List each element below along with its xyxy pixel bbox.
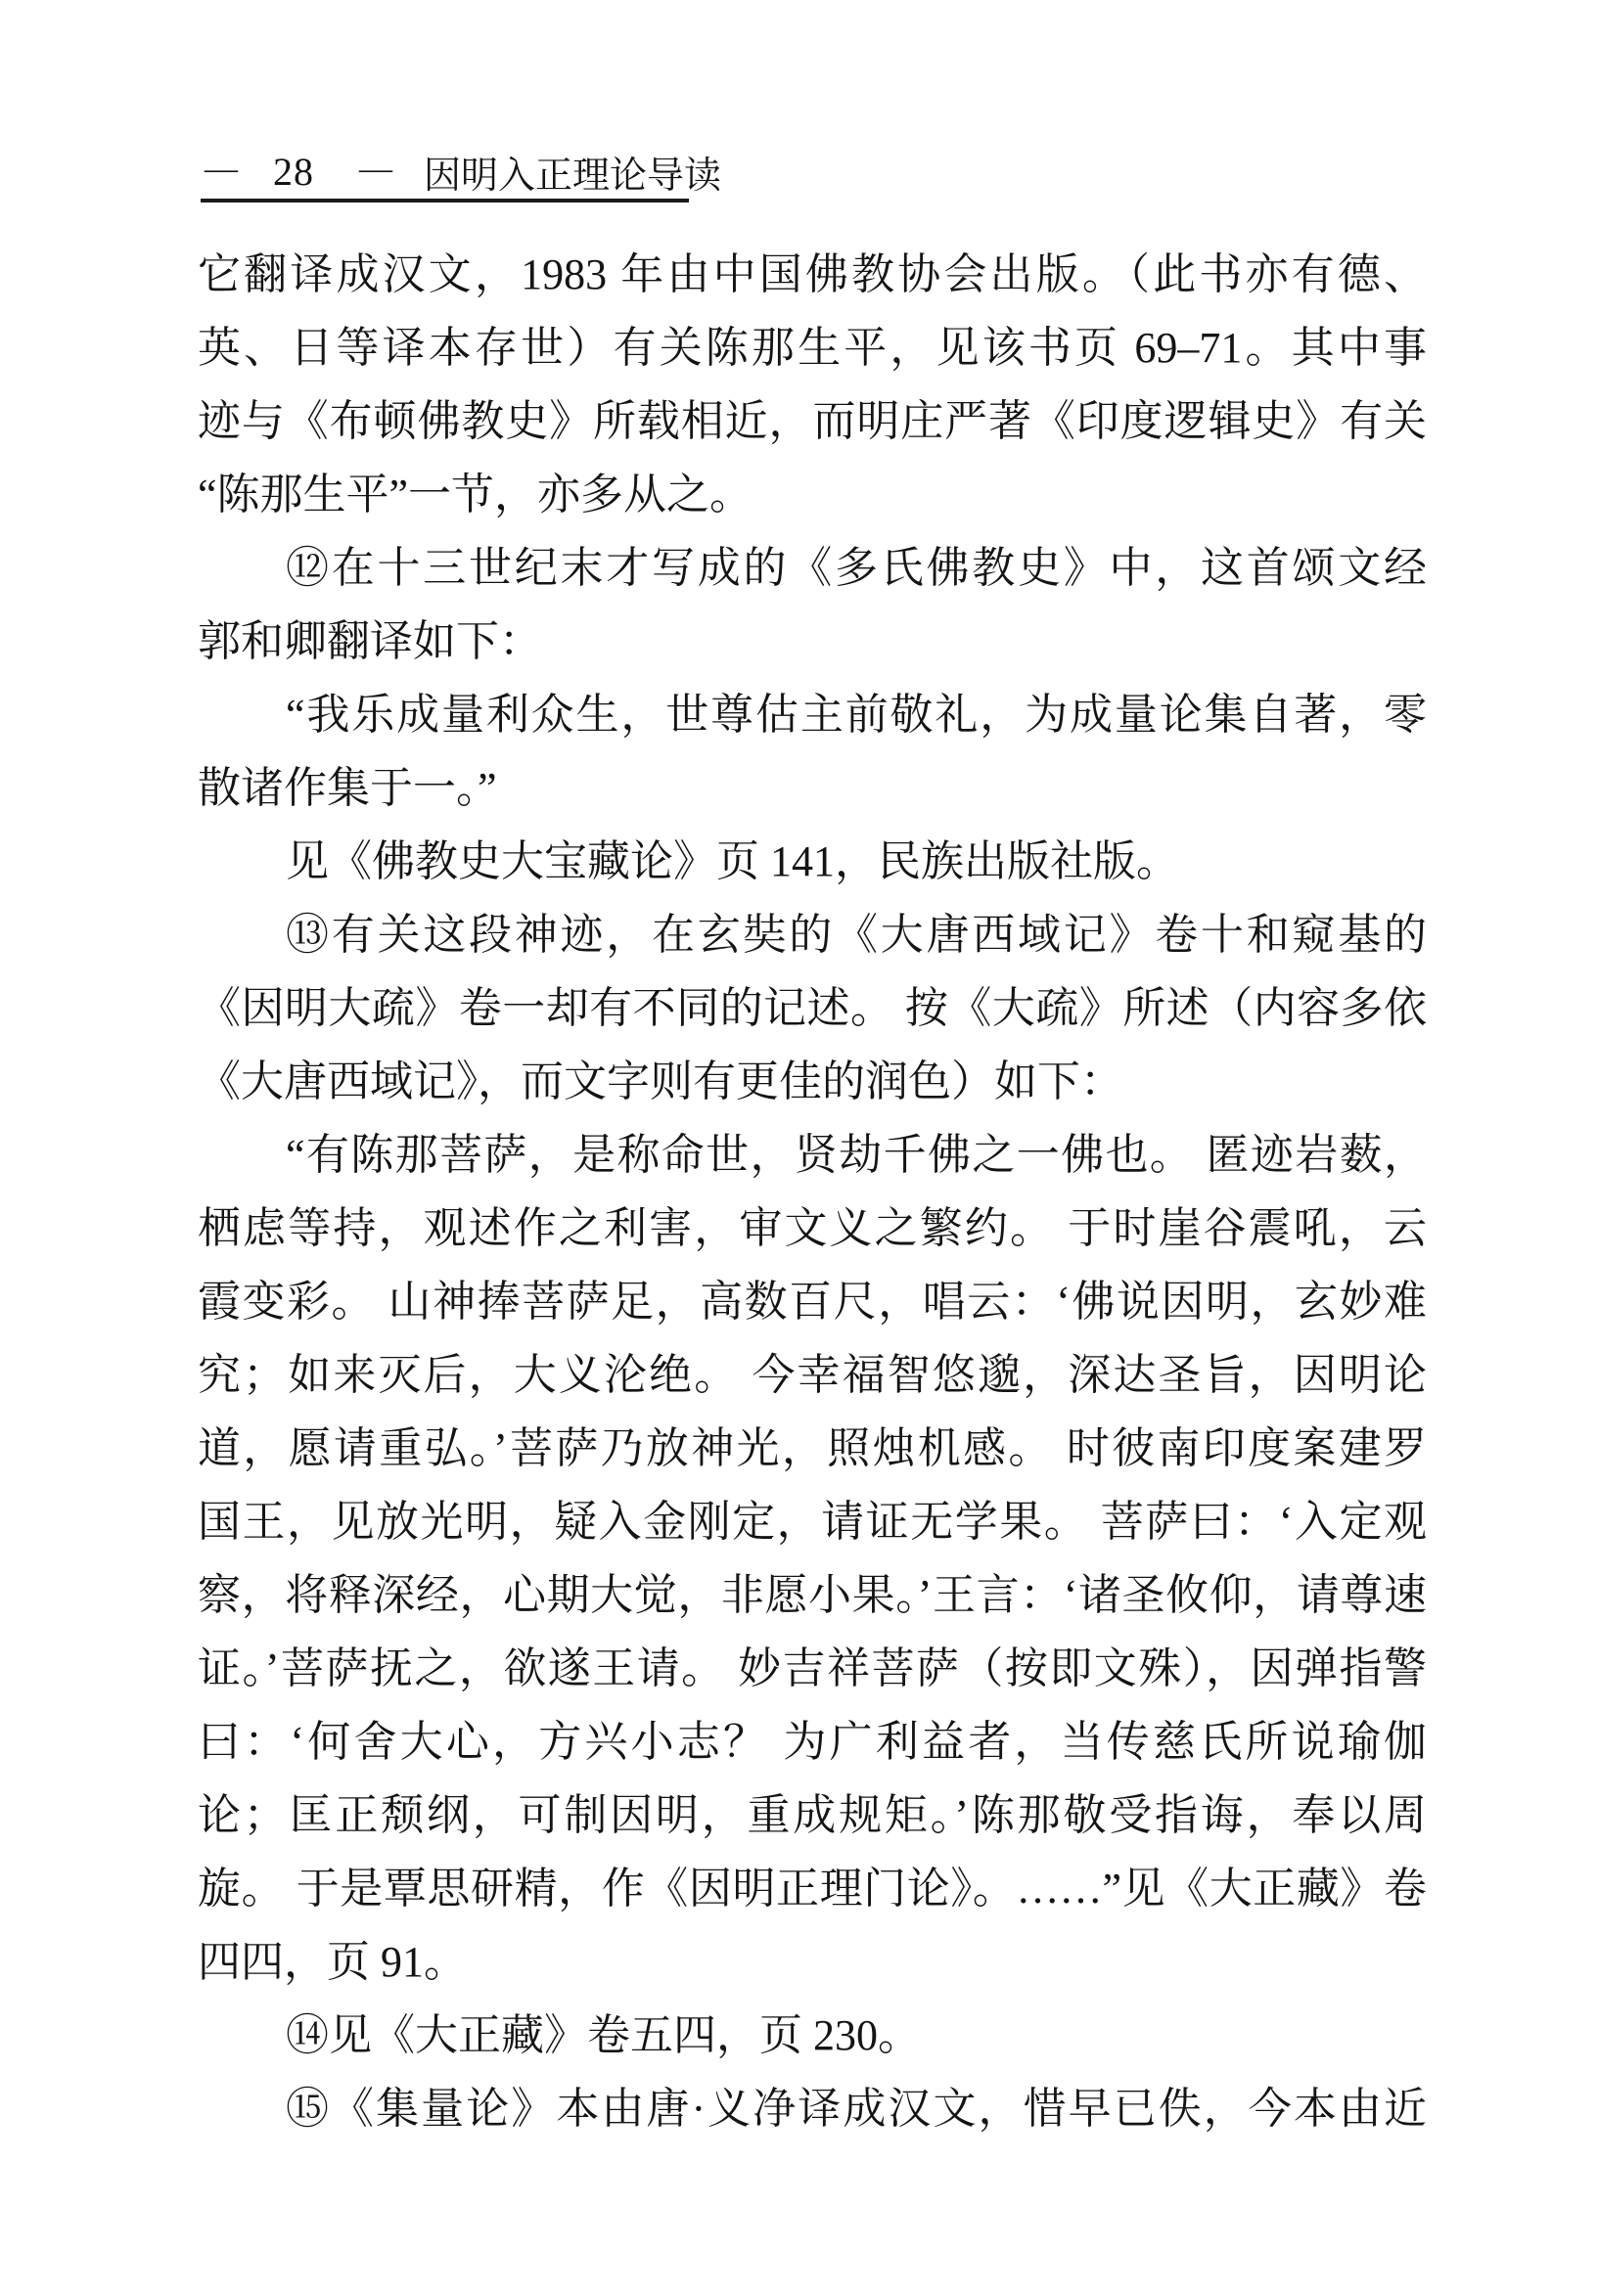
text-line: 国王，见放光明，疑入金刚定，请证无学果。 菩萨曰：‘入定观 xyxy=(198,1485,1427,1558)
text-line: ⑭见《大正藏》卷五四，页 230。 xyxy=(198,1999,1427,2072)
text-line: 论；匡正颓纲，可制因明，重成规矩。’陈那敬受指诲，奉以周 xyxy=(198,1778,1427,1852)
book-page: — 28 — 因明入正理论导读 它翻译成汉文，1983 年由中国佛教协会出版。（… xyxy=(0,0,1597,2296)
text-line: 证。’菩萨抚之，欲遂王请。 妙吉祥菩萨（按即文殊），因弹指警 xyxy=(198,1632,1427,1705)
text-line: 曰：‘何舍大心，方兴小志？ 为广利益者，当传慈氏所说瑜伽 xyxy=(198,1705,1427,1778)
text-line: 迹与《布顿佛教史》所载相近，而明庄严著《印度逻辑史》有关 xyxy=(198,384,1427,458)
text-line: 郭和卿翻译如下： xyxy=(198,605,1427,678)
text-line: 见《佛教史大宝藏论》页 141，民族出版社版。 xyxy=(198,825,1427,898)
header-dash-right: — xyxy=(359,151,392,188)
text-line: ⑮《集量论》本由唐·义净译成汉文，惜早已佚，今本由近 xyxy=(198,2072,1427,2145)
header-page-number: 28 xyxy=(273,149,314,195)
header-book-title: 因明入正理论导读 xyxy=(424,145,721,199)
text-line: 究；如来灭后，大义沦绝。 今幸福智悠邈，深达圣旨，因明论 xyxy=(198,1338,1427,1412)
text-line: ⑬有关这段神迹，在玄奘的《大唐西域记》卷十和窥基的 xyxy=(198,898,1427,971)
text-line: 英、日等译本存世）有关陈那生平，见该书页 69–71。其中事 xyxy=(198,311,1427,384)
running-header: — 28 — 因明入正理论导读 xyxy=(205,145,721,198)
text-line: 察，将释深经，心期大觉，非愿小果。’王言：‘诸圣攸仰，请尊速 xyxy=(198,1558,1427,1632)
text-line: 四四，页 91。 xyxy=(198,1925,1427,1999)
header-dash-left: — xyxy=(205,151,238,188)
text-line: “陈那生平”一节，亦多从之。 xyxy=(198,458,1427,531)
text-line: ⑫在十三世纪末才写成的《多氏佛教史》中，这首颂文经 xyxy=(198,531,1427,605)
text-line: 道，愿请重弘。’菩萨乃放神光，照烛机感。 时彼南印度案建罗 xyxy=(198,1412,1427,1485)
page-body-text: 它翻译成汉文，1983 年由中国佛教协会出版。（此书亦有德、 英、日等译本存世）… xyxy=(198,238,1427,2145)
text-line: 旋。 于是覃思研精，作《因明正理门论》。……”见《大正藏》卷 xyxy=(198,1852,1427,1925)
header-rule xyxy=(201,199,689,203)
text-line: 霞变彩。 山神捧菩萨足，高数百尺，唱云：‘佛说因明，玄妙难 xyxy=(198,1265,1427,1338)
text-line: “有陈那菩萨，是称命世，贤劫千佛之一佛也。 匿迹岩薮， xyxy=(198,1118,1427,1192)
text-line: 散诸作集于一。” xyxy=(198,751,1427,825)
text-line: 它翻译成汉文，1983 年由中国佛教协会出版。（此书亦有德、 xyxy=(198,238,1427,311)
text-line: 栖虑等持，观述作之利害，审文义之繁约。 于时崖谷震吼，云 xyxy=(198,1192,1427,1265)
text-line: “我乐成量利众生，世尊估主前敬礼，为成量论集自著，零 xyxy=(198,678,1427,751)
text-line: 《大唐西域记》，而文字则有更佳的润色）如下： xyxy=(198,1045,1427,1118)
text-line: 《因明大疏》卷一却有不同的记述。 按《大疏》所述（内容多依 xyxy=(198,971,1427,1045)
